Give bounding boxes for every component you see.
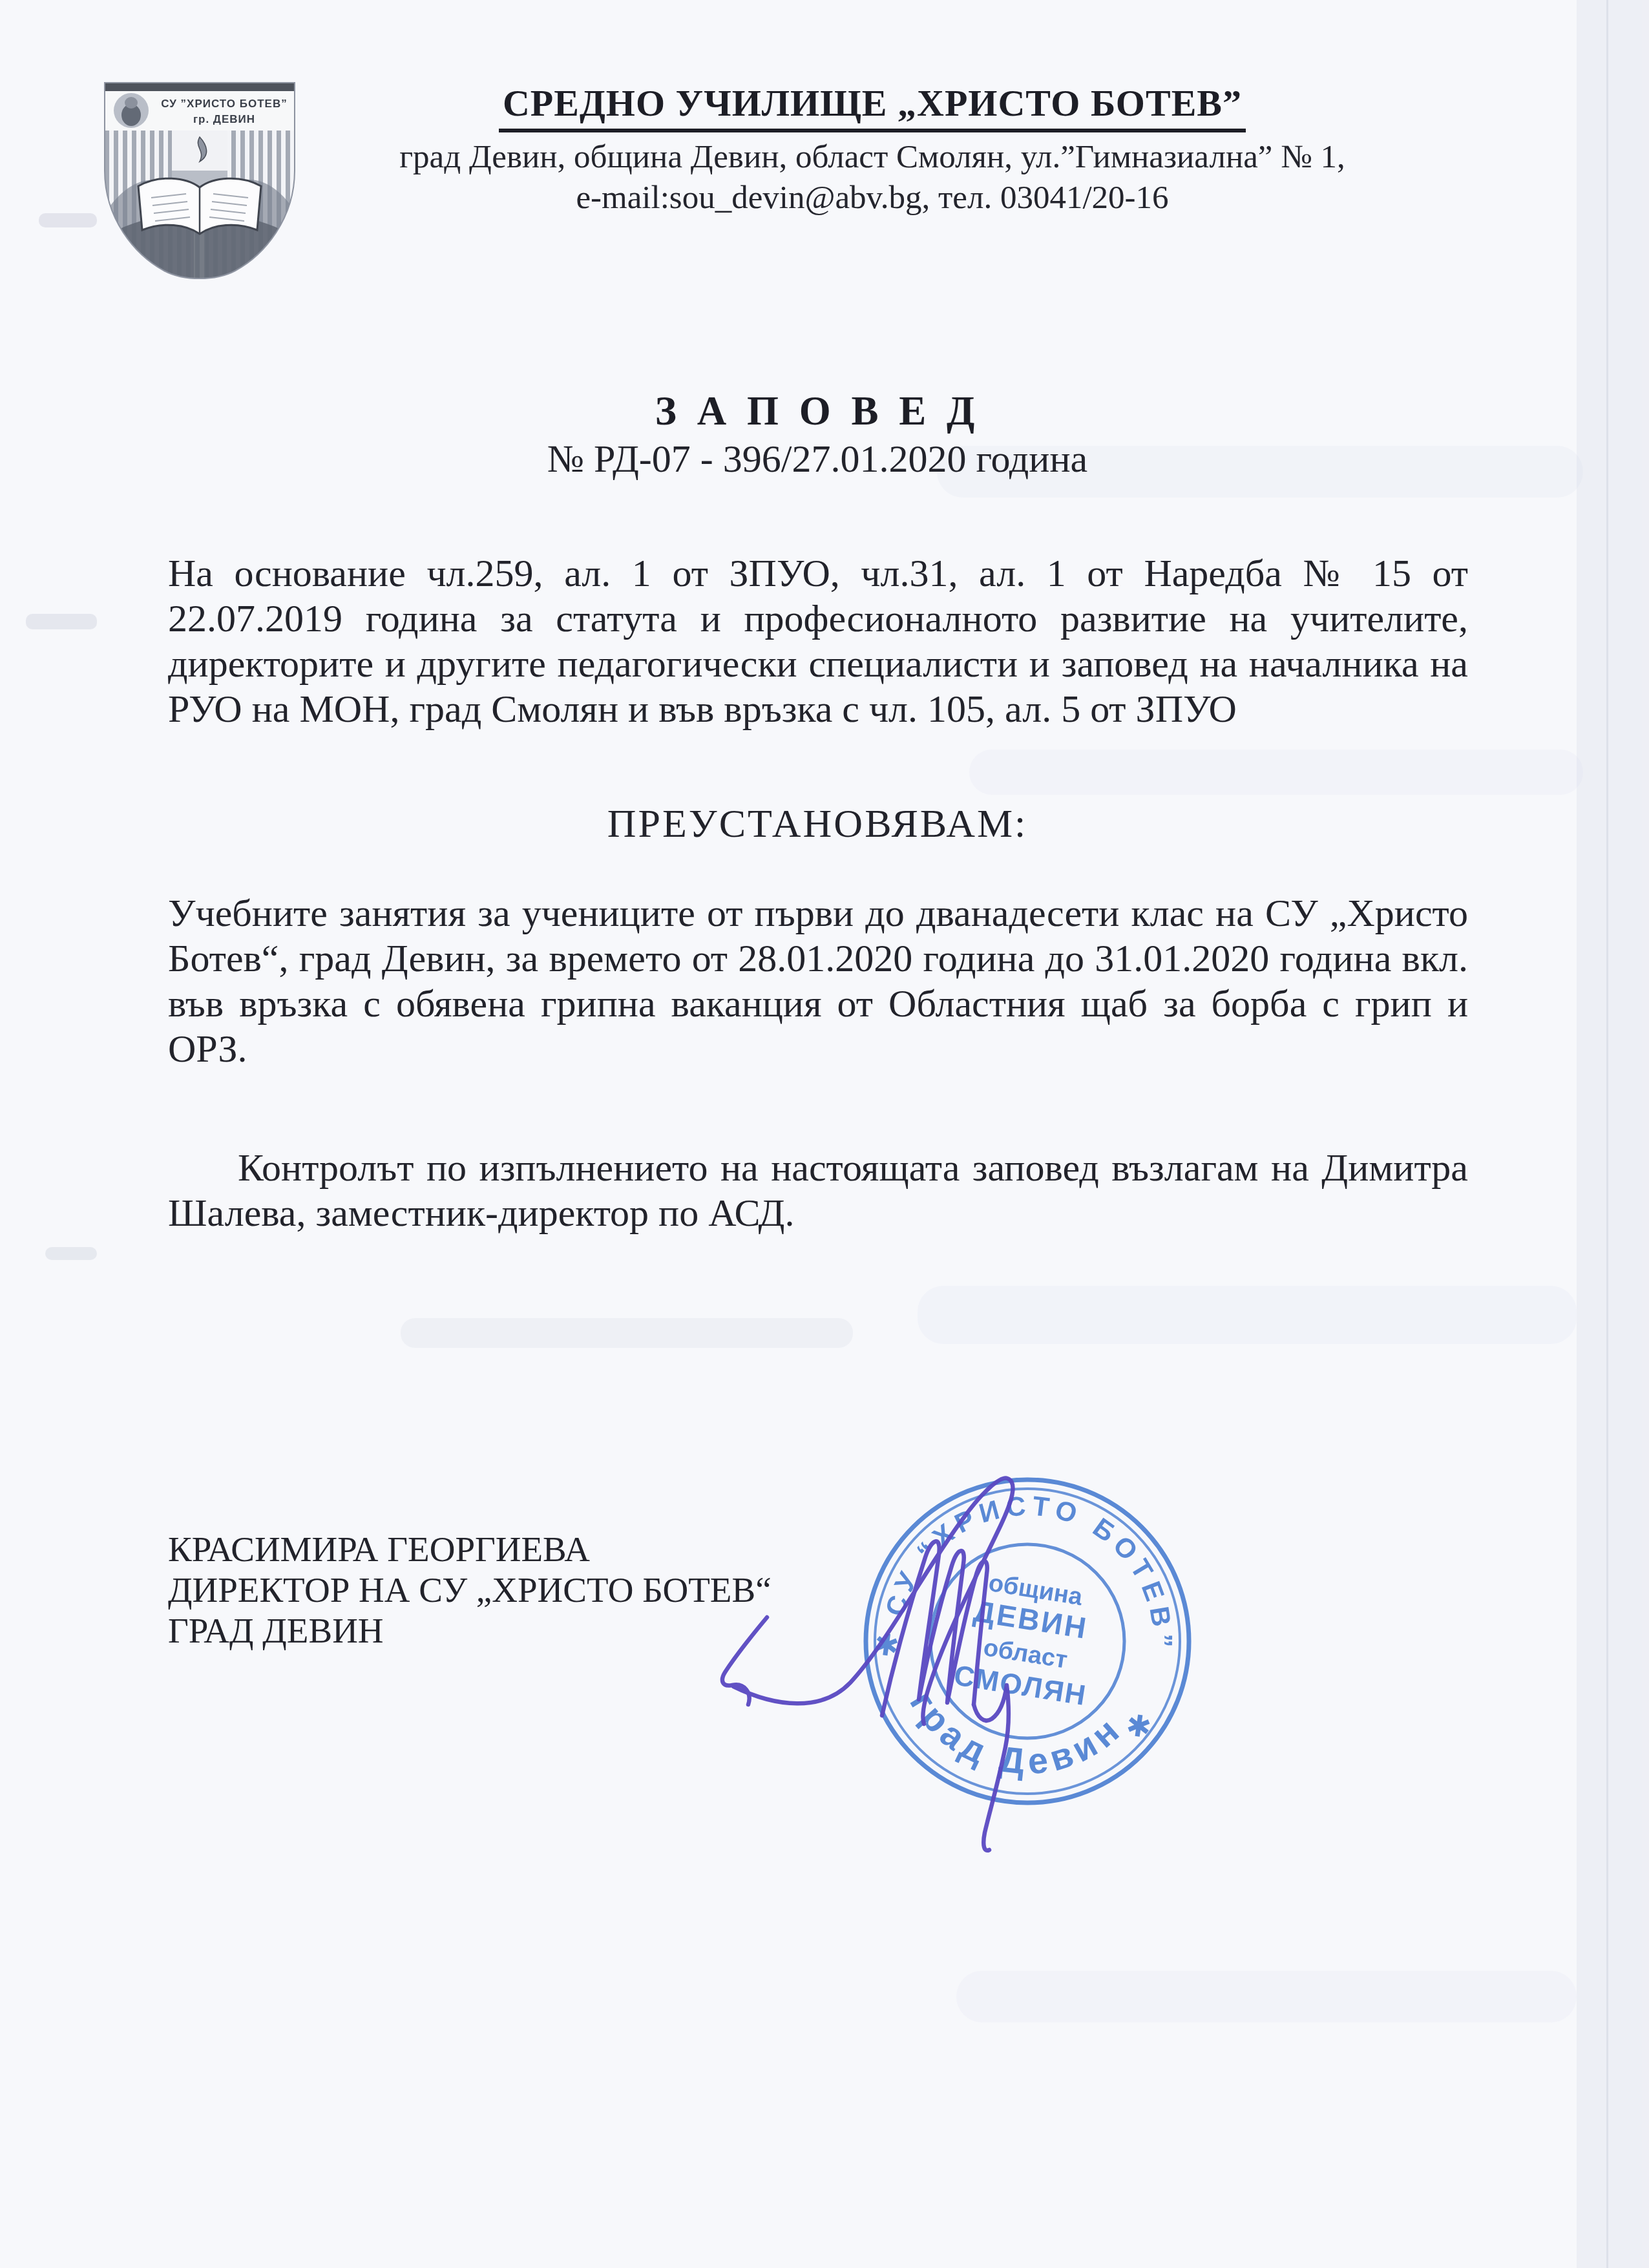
scan-smudge <box>401 1318 853 1348</box>
scan-streak <box>918 1286 1577 1344</box>
scanned-order-document: СУ ”ХРИСТО БОТЕВ” гр. ДЕВИН СРЕДНО УЧИЛИ… <box>0 0 1649 2268</box>
official-stamp: СУ “ХРИСТО БОТЕВ” град Девин ✱ ✱ община … <box>685 1428 1241 1880</box>
scan-streak <box>969 750 1583 795</box>
order-grounds-paragraph: На основание чл.259, ал. 1 от ЗПУО, чл.3… <box>168 551 1468 731</box>
school-logo-icon: СУ ”ХРИСТО БОТЕВ” гр. ДЕВИН <box>96 72 304 287</box>
school-contact: e-mail:sou_devin@abv.bg, тел. 03041/20-1… <box>323 179 1422 216</box>
scan-smudge <box>39 213 97 227</box>
scan-streak <box>1577 0 1649 2268</box>
order-control-paragraph: Контролът по изпълнението на настоящата … <box>168 1145 1468 1235</box>
order-action-heading: ПРЕУСТАНОВЯВАМ: <box>168 801 1467 847</box>
logo-school-name: СУ ”ХРИСТО БОТЕВ” <box>161 98 287 110</box>
school-name: СРЕДНО УЧИЛИЩЕ „ХРИСТО БОТЕВ” <box>499 81 1246 132</box>
logo-top-band <box>105 83 295 91</box>
letterhead: СРЕДНО УЧИЛИЩЕ „ХРИСТО БОТЕВ” град Девин… <box>323 81 1422 216</box>
school-address: град Девин, община Девин, област Смолян,… <box>323 138 1422 176</box>
scan-edge-line <box>1606 0 1608 2268</box>
scan-streak <box>956 1971 1577 2022</box>
scan-smudge <box>45 1247 97 1260</box>
portrait-head <box>125 97 138 109</box>
order-number: № РД-07 - 396/27.01.2020 година <box>168 437 1467 481</box>
stamp-separator-right-icon: ✱ <box>1124 1708 1153 1745</box>
order-action-paragraph: Учебните занятия за учениците от първи д… <box>168 890 1468 1071</box>
scan-smudge <box>26 614 97 629</box>
logo-city: гр. ДЕВИН <box>193 113 255 125</box>
order-title: З А П О В Е Д <box>168 388 1467 435</box>
